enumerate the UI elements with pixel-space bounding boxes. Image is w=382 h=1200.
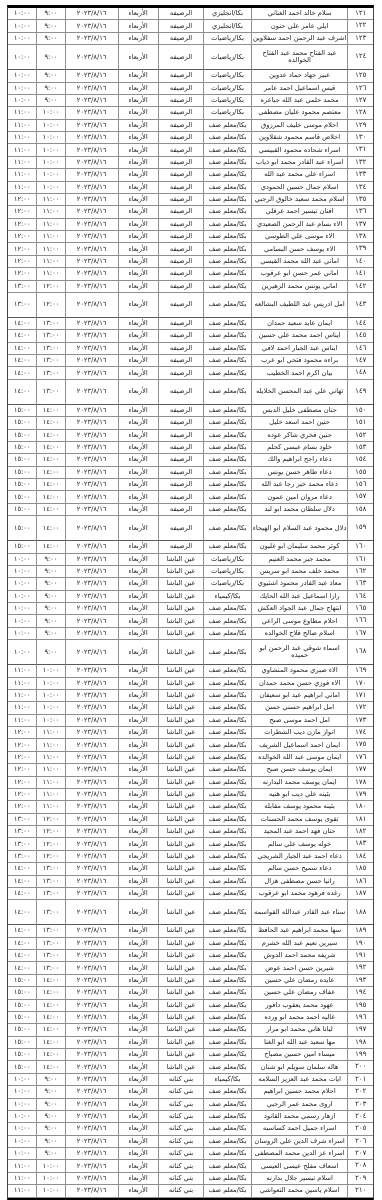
exam-date-cell: ٢٠٢٣/٨/١٦ <box>65 591 118 603</box>
qualification-cell: بكا/معلم صف <box>203 1123 250 1135</box>
start-time-cell: ٩:٠٠ <box>36 1074 64 1086</box>
exam-date-cell: ٢٠٢٣/٨/١٦ <box>65 293 118 318</box>
exam-date-cell: ٢٠٢٣/٨/١٦ <box>65 120 118 132</box>
exam-center-cell: الرصيفه <box>158 318 204 330</box>
exam-center-cell: الرصيفه <box>158 45 204 70</box>
qualification-cell: بكا/معلم صف <box>203 206 250 218</box>
exam-center-cell: الرصيفه <box>158 541 204 553</box>
end-time-cell: ١٠:٠٠ <box>8 1148 36 1160</box>
table-row: ١٤٣امل ادريس عبد اللطيف البشالغهبكا/معلم… <box>8 293 373 318</box>
qualification-cell: بكا/معلم صف <box>203 1148 250 1160</box>
table-row: ١٧٤انوار مازن ديب الشطراتبكا/معلم صفعين … <box>8 727 373 739</box>
start-time-cell: ١٠:٠٠ <box>36 678 64 690</box>
exam-date-cell: ٢٠٢٣/٨/١٦ <box>65 1136 118 1148</box>
exam-center-cell: عين الباشا <box>158 603 204 615</box>
table-row: ٢٠٣اروى محمد عمر الرجبيبكا/معلم صفبني كن… <box>8 1099 373 1111</box>
exam-date-cell: ٢٠٢٣/٨/١٦ <box>65 826 118 838</box>
candidate-name-cell: محمد خلف محمد ابو سريس <box>251 566 348 578</box>
candidate-name-cell: حنين احمد اسعد خليل <box>251 417 348 429</box>
start-time-cell: ١٠:٠٠ <box>36 107 64 119</box>
qualification-cell: بكا/رياضيات <box>203 578 250 590</box>
exam-date-cell: ٢٠٢٣/٨/١٦ <box>65 888 118 900</box>
candidate-rank-cell: ١٣١ <box>347 144 373 156</box>
candidate-name-cell: كوثر محمد سليمان ابو غليون <box>251 541 348 553</box>
exam-day-cell: الأربعاء <box>118 615 158 627</box>
exam-day-cell: الأربعاء <box>118 888 158 900</box>
table-row: ١٢١سلام خالد احمد الغنانيبكا/انجليزيالرص… <box>8 8 373 20</box>
end-time-cell: ١٥:٠٠ <box>8 1012 36 1024</box>
end-time-cell: ١٠:٠٠ <box>8 591 36 603</box>
candidate-rank-cell: ١٤٥ <box>347 330 373 342</box>
exam-center-cell: بني كنانه <box>158 1086 204 1098</box>
start-time-cell: ١٤:٠٠ <box>36 1024 64 1036</box>
exam-date-cell: ٢٠٢٣/٨/١٦ <box>65 925 118 937</box>
start-time-cell: ١١:٠٠ <box>36 219 64 231</box>
candidate-name-cell: افنان تيسير احمد عرفلي <box>251 206 348 218</box>
start-time-cell: ٩:٠٠ <box>36 628 64 640</box>
exam-day-cell: الأربعاء <box>118 1074 158 1086</box>
exam-date-cell: ٢٠٢٣/٨/١٦ <box>65 1024 118 1036</box>
exam-day-cell: الأربعاء <box>118 938 158 950</box>
table-row: ١٨٥دعاء سميح حسن سالمبكا/معلم صفعين البا… <box>8 863 373 875</box>
end-time-cell: ١٠:٠٠ <box>8 554 36 566</box>
qualification-cell: بكا/معلم صف <box>203 169 250 181</box>
candidate-rank-cell: ١٧٨ <box>347 777 373 789</box>
exam-center-cell: الرصيفه <box>158 281 204 293</box>
start-time-cell: ١٠:٠٠ <box>36 169 64 181</box>
table-row: ٢٠٢احلام محمد حسين ابراهيمبكا/معلم صفبني… <box>8 1086 373 1098</box>
qualification-cell: بكا/معلم صف <box>203 1136 250 1148</box>
candidate-rank-cell: ١٩٦ <box>347 1012 373 1024</box>
candidate-name-cell: مها سعيد عبد الله ابو الغنا <box>251 1037 348 1049</box>
qualification-cell: بكا/معلم صف <box>203 1086 250 1098</box>
table-row: ١٤٩تهاني علي عبد المحسن الخلايلهبكا/معلم… <box>8 380 373 405</box>
exam-day-cell: الأربعاء <box>118 678 158 690</box>
start-time-cell: ١٢:٠٠ <box>36 826 64 838</box>
exam-day-cell: الأربعاء <box>118 256 158 268</box>
end-time-cell: ١٥:٠٠ <box>8 442 36 454</box>
exam-center-cell: بني كنانه <box>158 1173 204 1185</box>
candidate-rank-cell: ١٨٦ <box>347 876 373 888</box>
table-row: ١٦٦احلام مطاوع موسى الراعيبكا/معلم صفعين… <box>8 615 373 627</box>
exam-date-cell: ٢٠٢٣/٨/١٦ <box>65 1123 118 1135</box>
candidate-name-cell: محمد جبر محمد الغنيم <box>251 554 348 566</box>
exam-center-cell: الرصيفه <box>158 405 204 417</box>
qualification-cell: بكا/معلم صف <box>203 814 250 826</box>
exam-day-cell: الأربعاء <box>118 1148 158 1160</box>
exam-day-cell: الأربعاء <box>118 826 158 838</box>
candidate-rank-cell: ٢٠٥ <box>347 1123 373 1135</box>
exam-center-cell: عين الباشا <box>158 1000 204 1012</box>
start-time-cell: ١٤:٠٠ <box>36 975 64 987</box>
candidate-rank-cell: ١٤٠ <box>347 256 373 268</box>
candidate-rank-cell: ١٨٢ <box>347 826 373 838</box>
exam-day-cell: الأربعاء <box>118 318 158 330</box>
exam-date-cell: ٢٠٢٣/٨/١٦ <box>65 690 118 702</box>
table-row: ١٥٠حنان مصطفى خليل الدبسبكا/معلم صفالرصي… <box>8 405 373 417</box>
start-time-cell: ١٤:٠٠ <box>36 541 64 553</box>
end-time-cell: ١١:٠٠ <box>8 702 36 714</box>
candidate-rank-cell: ٢٠٩ <box>347 1173 373 1185</box>
exam-date-cell: ٢٠٢٣/٨/١٦ <box>65 380 118 405</box>
candidate-name-cell: الاء يوسف حسن البسامي <box>251 243 348 255</box>
exam-date-cell: ٢٠٢٣/٨/١٦ <box>65 516 118 541</box>
table-row: ١٢٥عبير جهاد حماد عدوينبكا/رياضياتالرصيف… <box>8 70 373 82</box>
qualification-cell: بكا/رياضيات <box>203 107 250 119</box>
candidate-name-cell: حنان فهد احمد عبد المجيد <box>251 826 348 838</box>
start-time-cell: ١١:٠٠ <box>36 789 64 801</box>
candidate-name-cell: اماني يونس محمد الزهيرين <box>251 281 348 293</box>
end-time-cell: ١٥:٠٠ <box>8 454 36 466</box>
start-time-cell: ١٤:٠٠ <box>36 1037 64 1049</box>
table-row: ١٧١اماني ابراهيم عيد ابو سعيفانبكا/معلم … <box>8 690 373 702</box>
candidate-rank-cell: ٢٠٠ <box>347 1061 373 1073</box>
candidate-rank-cell: ١٣٢ <box>347 157 373 169</box>
exam-day-cell: الأربعاء <box>118 120 158 132</box>
candidate-rank-cell: ١٥٨ <box>347 504 373 516</box>
candidate-rank-cell: ١٢٤ <box>347 45 373 70</box>
qualification-cell: بكا/معلم صف <box>203 789 250 801</box>
candidate-rank-cell: ١٨٨ <box>347 900 373 925</box>
table-row: ١٨٦رانيا حسن مصطفى هزالبكا/معلم صفعين ال… <box>8 876 373 888</box>
candidate-name-cell: قيس اسماعيل احمد عامر <box>251 83 348 95</box>
end-time-cell: ١٠:٠٠ <box>8 45 36 70</box>
start-time-cell: ١٣:٠٠ <box>36 938 64 950</box>
table-row: ٢٠١ايات محمد عبد العزيز السلامهبكا/كيميا… <box>8 1074 373 1086</box>
exam-day-cell: الأربعاء <box>118 8 158 20</box>
end-time-cell: ١٤:٠٠ <box>8 950 36 962</box>
table-row: ١٤٦ايناس عبد الجبار احمد لافيبكا/معلم صف… <box>8 343 373 355</box>
candidate-name-cell: الاء بسام عبد الرحمن الصعيدي <box>251 219 348 231</box>
candidate-rank-cell: ٢١٠ <box>347 1185 373 1197</box>
candidate-rank-cell: ١٣٦ <box>347 206 373 218</box>
candidate-rank-cell: ١٨٠ <box>347 801 373 813</box>
start-time-cell: ٩:٠٠ <box>36 615 64 627</box>
start-time-cell: ٩:٠٠ <box>36 603 64 615</box>
exam-date-cell: ٢٠٢٣/٨/١٦ <box>65 678 118 690</box>
exam-date-cell: ٢٠٢٣/٨/١٦ <box>65 1037 118 1049</box>
exam-center-cell: بني كنانه <box>158 1136 204 1148</box>
start-time-cell: ٩:٠٠ <box>36 20 64 32</box>
qualification-cell: بكا/معلم صف <box>203 491 250 503</box>
qualification-cell: بكا/معلم صف <box>203 343 250 355</box>
end-time-cell: ١٤:٠٠ <box>8 355 36 367</box>
start-time-cell: ١٤:٠٠ <box>36 454 64 466</box>
start-time-cell: ٩:٠٠ <box>36 640 64 665</box>
end-time-cell: ١٢:٠٠ <box>8 268 36 280</box>
exam-center-cell: عين الباشا <box>158 678 204 690</box>
qualification-cell: بكا/معلم صف <box>203 665 250 677</box>
start-time-cell: ١٠:٠٠ <box>36 665 64 677</box>
start-time-cell: ١٤:٠٠ <box>36 504 64 516</box>
table-row: ١٣٧الاء بسام عبد الرحمن الصعيديبكا/معلم … <box>8 219 373 231</box>
end-time-cell: ١٤:٠٠ <box>8 343 36 355</box>
exam-date-cell: ٢٠٢٣/٨/١٦ <box>65 801 118 813</box>
candidate-name-cell: دعاء سميح حسن سالم <box>251 863 348 875</box>
table-row: ١٣٣اسراء علي محمد عبد اللهبكا/معلم صفالر… <box>8 169 373 181</box>
exam-center-cell: عين الباشا <box>158 739 204 751</box>
start-time-cell: ١١:٠٠ <box>36 256 64 268</box>
table-row: ١٢٤عبد الفتاح محمد عبد الفتاح الخوالدهبك… <box>8 45 373 70</box>
start-time-cell: ١٤:٠٠ <box>36 1012 64 1024</box>
table-row: ١٨٠بثينه محمود يوسف مقابلهبكا/معلم صفعين… <box>8 801 373 813</box>
exam-date-cell: ٢٠٢٣/٨/١٦ <box>65 182 118 194</box>
exam-day-cell: الأربعاء <box>118 442 158 454</box>
start-time-cell: ١٠:٠٠ <box>36 1160 64 1172</box>
end-time-cell: ١٥:٠٠ <box>8 504 36 516</box>
exam-center-cell: عين الباشا <box>158 554 204 566</box>
qualification-cell: بكا/معلم صف <box>203 194 250 206</box>
candidate-rank-cell: ١٩٢ <box>347 962 373 974</box>
end-time-cell: ١٥:٠٠ <box>8 405 36 417</box>
exam-day-cell: الأربعاء <box>118 417 158 429</box>
candidate-rank-cell: ٢٠٣ <box>347 1099 373 1111</box>
exam-center-cell: الرصيفه <box>158 182 204 194</box>
end-time-cell: ١٢:٠٠ <box>8 752 36 764</box>
table-row: ١٩٢شيرين حسن احمد عوضبكا/معلم صفعين البا… <box>8 962 373 974</box>
qualification-cell: بكا/معلم صف <box>203 1185 250 1197</box>
start-time-cell: ٩:٠٠ <box>36 95 64 107</box>
exam-day-cell: الأربعاء <box>118 640 158 665</box>
table-row: ١٥١حنين احمد اسعد خليلبكا/معلم صفالرصيفه… <box>8 417 373 429</box>
exam-date-cell: ٢٠٢٣/٨/١٦ <box>65 752 118 764</box>
end-time-cell: ١٤:٠٠ <box>8 962 36 974</box>
candidate-name-cell: ايمان احمد اسماعيل الشريف <box>251 739 348 751</box>
exam-center-cell: عين الباشا <box>158 640 204 665</box>
table-row: ١٣٩الاء يوسف حسن البساميبكا/معلم صفالرصي… <box>8 243 373 255</box>
exam-date-cell: ٢٠٢٣/٨/١٦ <box>65 256 118 268</box>
candidate-name-cell: دلال سلطان محمد ابو لبد <box>251 504 348 516</box>
table-row: ١٧٣امل احمد موسى صبحبكا/معلم صفعين الباش… <box>8 715 373 727</box>
table-row: ٢١٠اسلام ياسين محمد التعواشيبكا/معلم صفب… <box>8 1185 373 1197</box>
exam-date-cell: ٢٠٢٣/٨/١٦ <box>65 1173 118 1185</box>
exam-center-cell: عين الباشا <box>158 752 204 764</box>
qualification-cell: بكا/رياضيات <box>203 566 250 578</box>
qualification-cell: بكا/معلم صف <box>203 938 250 950</box>
candidate-name-cell: الاء موسى علي الطوسي <box>251 231 348 243</box>
candidate-rank-cell: ١٦٢ <box>347 566 373 578</box>
exam-day-cell: الأربعاء <box>118 1049 158 1061</box>
table-row: ١٦٩الاء صبري محمود المنشاويبكا/معلم صفعي… <box>8 665 373 677</box>
candidate-name-cell: دعاء راجح ابراهيم والك <box>251 454 348 466</box>
end-time-cell: ١٠:٠٠ <box>8 20 36 32</box>
exam-date-cell: ٢٠٢٣/٨/١٦ <box>65 900 118 925</box>
qualification-cell: بكا/معلم صف <box>203 950 250 962</box>
exam-date-cell: ٢٠٢٣/٨/١٦ <box>65 640 118 665</box>
exam-day-cell: الأربعاء <box>118 281 158 293</box>
table-row: ١٧٧ايمان يوسف حسن صبحبكا/معلم صفعين البا… <box>8 764 373 776</box>
exam-center-cell: الرصيفه <box>158 169 204 181</box>
exam-day-cell: الأربعاء <box>118 293 158 318</box>
table-row: ١٧٥ايمان احمد اسماعيل الشريفبكا/معلم صفع… <box>8 739 373 751</box>
table-row: ١٥٥دعاء طاهر حسن يونسبكا/معلم صفالرصيفها… <box>8 467 373 479</box>
exam-day-cell: الأربعاء <box>118 752 158 764</box>
start-time-cell: ١٣:٠٠ <box>36 900 64 925</box>
exam-center-cell: بني كنانه <box>158 1160 204 1172</box>
start-time-cell: ١١:٠٠ <box>36 777 64 789</box>
candidate-name-cell: بيان اكرم احمد الخطيب <box>251 367 348 379</box>
end-time-cell: ١٥:٠٠ <box>8 1037 36 1049</box>
end-time-cell: ١١:٠٠ <box>8 120 36 132</box>
exam-date-cell: ٢٠٢٣/٨/١٦ <box>65 578 118 590</box>
table-row: ١٢٦قيس اسماعيل احمد عامربكا/رياضياتالرصي… <box>8 83 373 95</box>
exam-center-cell: عين الباشا <box>158 938 204 950</box>
exam-center-cell: الرصيفه <box>158 293 204 318</box>
qualification-cell: بكا/معلم صف <box>203 987 250 999</box>
candidate-rank-cell: ١٥٩ <box>347 516 373 541</box>
exam-date-cell: ٢٠٢٣/٨/١٦ <box>65 715 118 727</box>
start-time-cell: ١١:٠٠ <box>36 194 64 206</box>
exam-center-cell: الرصيفه <box>158 479 204 491</box>
qualification-cell: بكا/معلم صف <box>203 1012 250 1024</box>
qualification-cell: بكا/معلم صف <box>203 838 250 850</box>
start-time-cell: ١٢:٠٠ <box>36 281 64 293</box>
qualification-cell: بكا/معلم صف <box>203 405 250 417</box>
end-time-cell: ١٠:٠٠ <box>8 640 36 665</box>
exam-center-cell: الرصيفه <box>158 83 204 95</box>
exam-day-cell: الأربعاء <box>118 1037 158 1049</box>
exam-day-cell: الأربعاء <box>118 194 158 206</box>
exam-center-cell: عين الباشا <box>158 987 204 999</box>
exam-center-cell: عين الباشا <box>158 863 204 875</box>
end-time-cell: ١٠:٠٠ <box>8 83 36 95</box>
candidate-rank-cell: ١٦٥ <box>347 603 373 615</box>
table-row: ٢٠٦اسراء شرف الدين علي الروسانبكا/معلم ص… <box>8 1136 373 1148</box>
table-row: ١٣٥اسلام محمد سعيد خالوق الرجبيبكا/معلم … <box>8 194 373 206</box>
exam-date-cell: ٢٠٢٣/٨/١٦ <box>65 219 118 231</box>
exam-date-cell: ٢٠٢٣/٨/١٦ <box>65 1099 118 1111</box>
exam-center-cell: عين الباشا <box>158 1049 204 1061</box>
table-row: ١٨١تقوى يوسف محمد الحسناتبكا/معلم صفعين … <box>8 814 373 826</box>
candidate-name-cell: امل ادريس عبد اللطيف البشالغه <box>251 293 348 318</box>
end-time-cell: ١١:٠٠ <box>8 169 36 181</box>
candidate-rank-cell: ١٤٣ <box>347 293 373 318</box>
qualification-cell: بكا/معلم صف <box>203 715 250 727</box>
qualification-cell: بكا/رياضيات <box>203 83 250 95</box>
qualification-cell: بكا/معلم صف <box>203 1099 250 1111</box>
exam-schedule-table: ١٢١سلام خالد احمد الغنانيبكا/انجليزيالرص… <box>7 5 374 1200</box>
candidate-rank-cell: ١٥٠ <box>347 405 373 417</box>
qualification-cell: بكا/معلم صف <box>203 231 250 243</box>
exam-center-cell: عين الباشا <box>158 975 204 987</box>
end-time-cell: ١٣:٠٠ <box>8 851 36 863</box>
exam-day-cell: الأربعاء <box>118 355 158 367</box>
start-time-cell: ١٠:٠٠ <box>36 715 64 727</box>
exam-day-cell: الأربعاء <box>118 814 158 826</box>
exam-center-cell: الرصيفه <box>158 243 204 255</box>
exam-center-cell: الرصيفه <box>158 268 204 280</box>
exam-day-cell: الأربعاء <box>118 789 158 801</box>
candidate-rank-cell: ١٦٨ <box>347 640 373 665</box>
qualification-cell: بكا/معلم صف <box>203 467 250 479</box>
candidate-rank-cell: ١٦٤ <box>347 591 373 603</box>
candidate-name-cell: تهاني علي عبد المحسن الخلايله <box>251 380 348 405</box>
candidate-rank-cell: ٢٠٨ <box>347 1160 373 1172</box>
qualification-cell: بكا/انجليزي <box>203 20 250 32</box>
candidate-name-cell: سيرين نعيم عبد الله خشرم <box>251 938 348 950</box>
qualification-cell: بكا/معلم صف <box>203 678 250 690</box>
start-time-cell: ٩:٠٠ <box>36 1111 64 1123</box>
candidate-rank-cell: ١٦٩ <box>347 665 373 677</box>
exam-date-cell: ٢٠٢٣/٨/١٦ <box>65 863 118 875</box>
candidate-name-cell: انوار مازن ديب الشطرات <box>251 727 348 739</box>
table-row: ٢٠٨اسعاف مفلح عيسى العيسىبكا/معلم صفبني … <box>8 1160 373 1172</box>
exam-day-cell: الأربعاء <box>118 107 158 119</box>
candidate-rank-cell: ١٤١ <box>347 268 373 280</box>
candidate-rank-cell: ١٩٤ <box>347 987 373 999</box>
exam-date-cell: ٢٠٢٣/٨/١٦ <box>65 144 118 156</box>
exam-day-cell: الأربعاء <box>118 777 158 789</box>
end-time-cell: ١٤:٠٠ <box>8 938 36 950</box>
exam-date-cell: ٢٠٢٣/٨/١٦ <box>65 479 118 491</box>
exam-day-cell: الأربعاء <box>118 925 158 937</box>
end-time-cell: ١٢:٠٠ <box>8 801 36 813</box>
exam-date-cell: ٢٠٢٣/٨/١٦ <box>65 442 118 454</box>
qualification-cell: بكا/معلم صف <box>203 702 250 714</box>
start-time-cell: ١٣:٠٠ <box>36 888 64 900</box>
candidate-name-cell: ايمان يوسف حسن صبح <box>251 764 348 776</box>
exam-day-cell: الأربعاء <box>118 491 158 503</box>
candidate-name-cell: اخلاص قاسم محمود شقلاوين <box>251 132 348 144</box>
candidate-name-cell: معاذ عبد القادر محمود اشتيوي <box>251 578 348 590</box>
end-time-cell: ١١:٠٠ <box>8 678 36 690</box>
exam-date-cell: ٢٠٢٣/٨/١٦ <box>65 83 118 95</box>
candidate-rank-cell: ٢٠١ <box>347 1074 373 1086</box>
start-time-cell: ١٠:٠٠ <box>36 1173 64 1185</box>
table-row: ١٤١اماني عمر حسن ابو عرقوببكا/معلم صفالر… <box>8 268 373 280</box>
exam-center-cell: عين الباشا <box>158 876 204 888</box>
candidate-rank-cell: ١٥١ <box>347 417 373 429</box>
start-time-cell: ١٣:٠٠ <box>36 925 64 937</box>
exam-date-cell: ٢٠٢٣/٨/١٦ <box>65 838 118 850</box>
candidate-rank-cell: ١٩٥ <box>347 1000 373 1012</box>
exam-date-cell: ٢٠٢٣/٨/١٦ <box>65 789 118 801</box>
table-row: ١٩٥عهود محمد يعقوب دافوربكا/معلم صفعين ا… <box>8 1000 373 1012</box>
exam-day-cell: الأربعاء <box>118 764 158 776</box>
exam-day-cell: الأربعاء <box>118 702 158 714</box>
exam-date-cell: ٢٠٢٣/٨/١٦ <box>65 975 118 987</box>
end-time-cell: ١٢:٠٠ <box>8 789 36 801</box>
exam-date-cell: ٢٠٢٣/٨/١٦ <box>65 243 118 255</box>
candidate-rank-cell: ١٢٢ <box>347 20 373 32</box>
exam-date-cell: ٢٠٢٣/٨/١٦ <box>65 417 118 429</box>
exam-day-cell: الأربعاء <box>118 243 158 255</box>
end-time-cell: ١٥:٠٠ <box>8 987 36 999</box>
table-row: ١٢٢ايلي عامر علي حنونبكا/انجليزيالرصيفها… <box>8 20 373 32</box>
qualification-cell: بكا/انجليزي <box>203 8 250 20</box>
table-row: ١٤٧براءه محمود فتحي ابو عرببكا/معلم صفال… <box>8 355 373 367</box>
candidate-name-cell: اروى محمد عمر الرجبي <box>251 1099 348 1111</box>
candidate-name-cell: هاله سلمان سويلم ابو شنان <box>251 1061 348 1073</box>
exam-date-cell: ٢٠٢٣/٨/١٦ <box>65 1074 118 1086</box>
end-time-cell: ١١:٠٠ <box>8 132 36 144</box>
candidate-rank-cell: ١٧٠ <box>347 678 373 690</box>
end-time-cell: ١٠:٠٠ <box>8 1111 36 1123</box>
start-time-cell: ٩:٠٠ <box>36 1148 64 1160</box>
exam-center-cell: عين الباشا <box>158 962 204 974</box>
start-time-cell: ١٣:٠٠ <box>36 876 64 888</box>
end-time-cell: ١٤:٠٠ <box>8 900 36 925</box>
table-row: ١٨٣خوله يوسف علي سالمبكا/معلم صفعين البا… <box>8 838 373 850</box>
candidate-name-cell: سها محمد ابراهيم عبد الحافظ <box>251 925 348 937</box>
exam-date-cell: ٢٠٢٣/٨/١٦ <box>65 330 118 342</box>
table-row: ١٩٦غاليه احمد محمد ابو وردهبكا/معلم صفعي… <box>8 1012 373 1024</box>
start-time-cell: ١٣:٠٠ <box>36 355 64 367</box>
end-time-cell: ١٥:٠٠ <box>8 975 36 987</box>
exam-date-cell: ٢٠٢٣/٨/١٦ <box>65 727 118 739</box>
exam-day-cell: الأربعاء <box>118 603 158 615</box>
candidate-rank-cell: ١٣٨ <box>347 231 373 243</box>
